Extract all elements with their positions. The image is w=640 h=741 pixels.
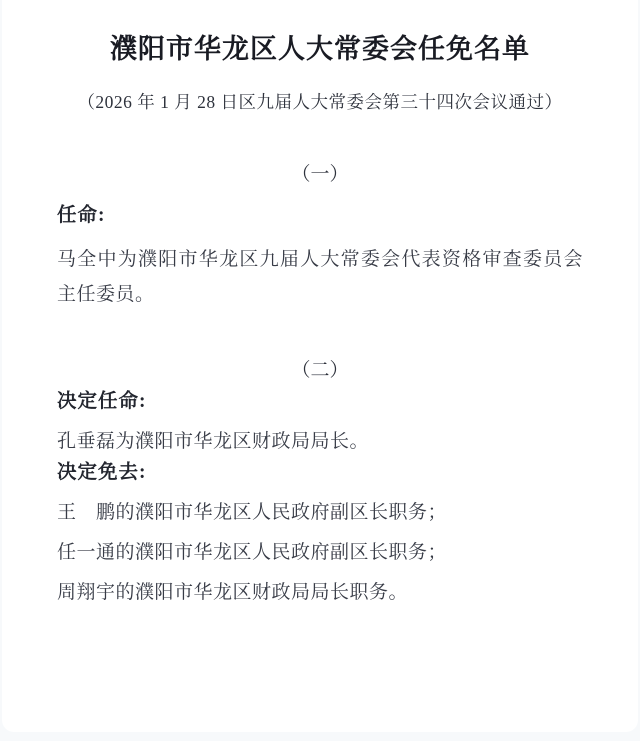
decide-remove-heading: 决定免去: (57, 459, 583, 487)
decide-appoint-heading: 决定任命: (57, 388, 583, 416)
document-page: 濮阳市华龙区人大常委会任免名单 （2026 年 1 月 28 日区九届人大常委会… (2, 0, 638, 732)
section-marker-two: （二） (57, 358, 583, 384)
removal-item: 周翔宇的濮阳市华龙区财政局局长职务。 (57, 575, 583, 610)
removal-item: 王 鹏的濮阳市华龙区人民政府副区长职务； (57, 495, 583, 530)
appointment-paragraph: 马全中为濮阳市华龙区九届人大常委会代表资格审查委员会主任委员。 (57, 242, 583, 312)
section-marker-one: （一） (57, 162, 583, 188)
decide-appoint-paragraph: 孔垂磊为濮阳市华龙区财政局局长。 (57, 424, 583, 459)
document-subtitle: （2026 年 1 月 28 日区九届人大常委会第三十四次会议通过） (57, 90, 583, 114)
removal-item: 任一通的濮阳市华龙区人民政府副区长职务； (57, 535, 583, 570)
document-content: 濮阳市华龙区人大常委会任免名单 （2026 年 1 月 28 日区九届人大常委会… (2, 0, 638, 610)
document-title: 濮阳市华龙区人大常委会任免名单 (57, 0, 583, 68)
appointment-heading: 任命: (57, 202, 583, 230)
